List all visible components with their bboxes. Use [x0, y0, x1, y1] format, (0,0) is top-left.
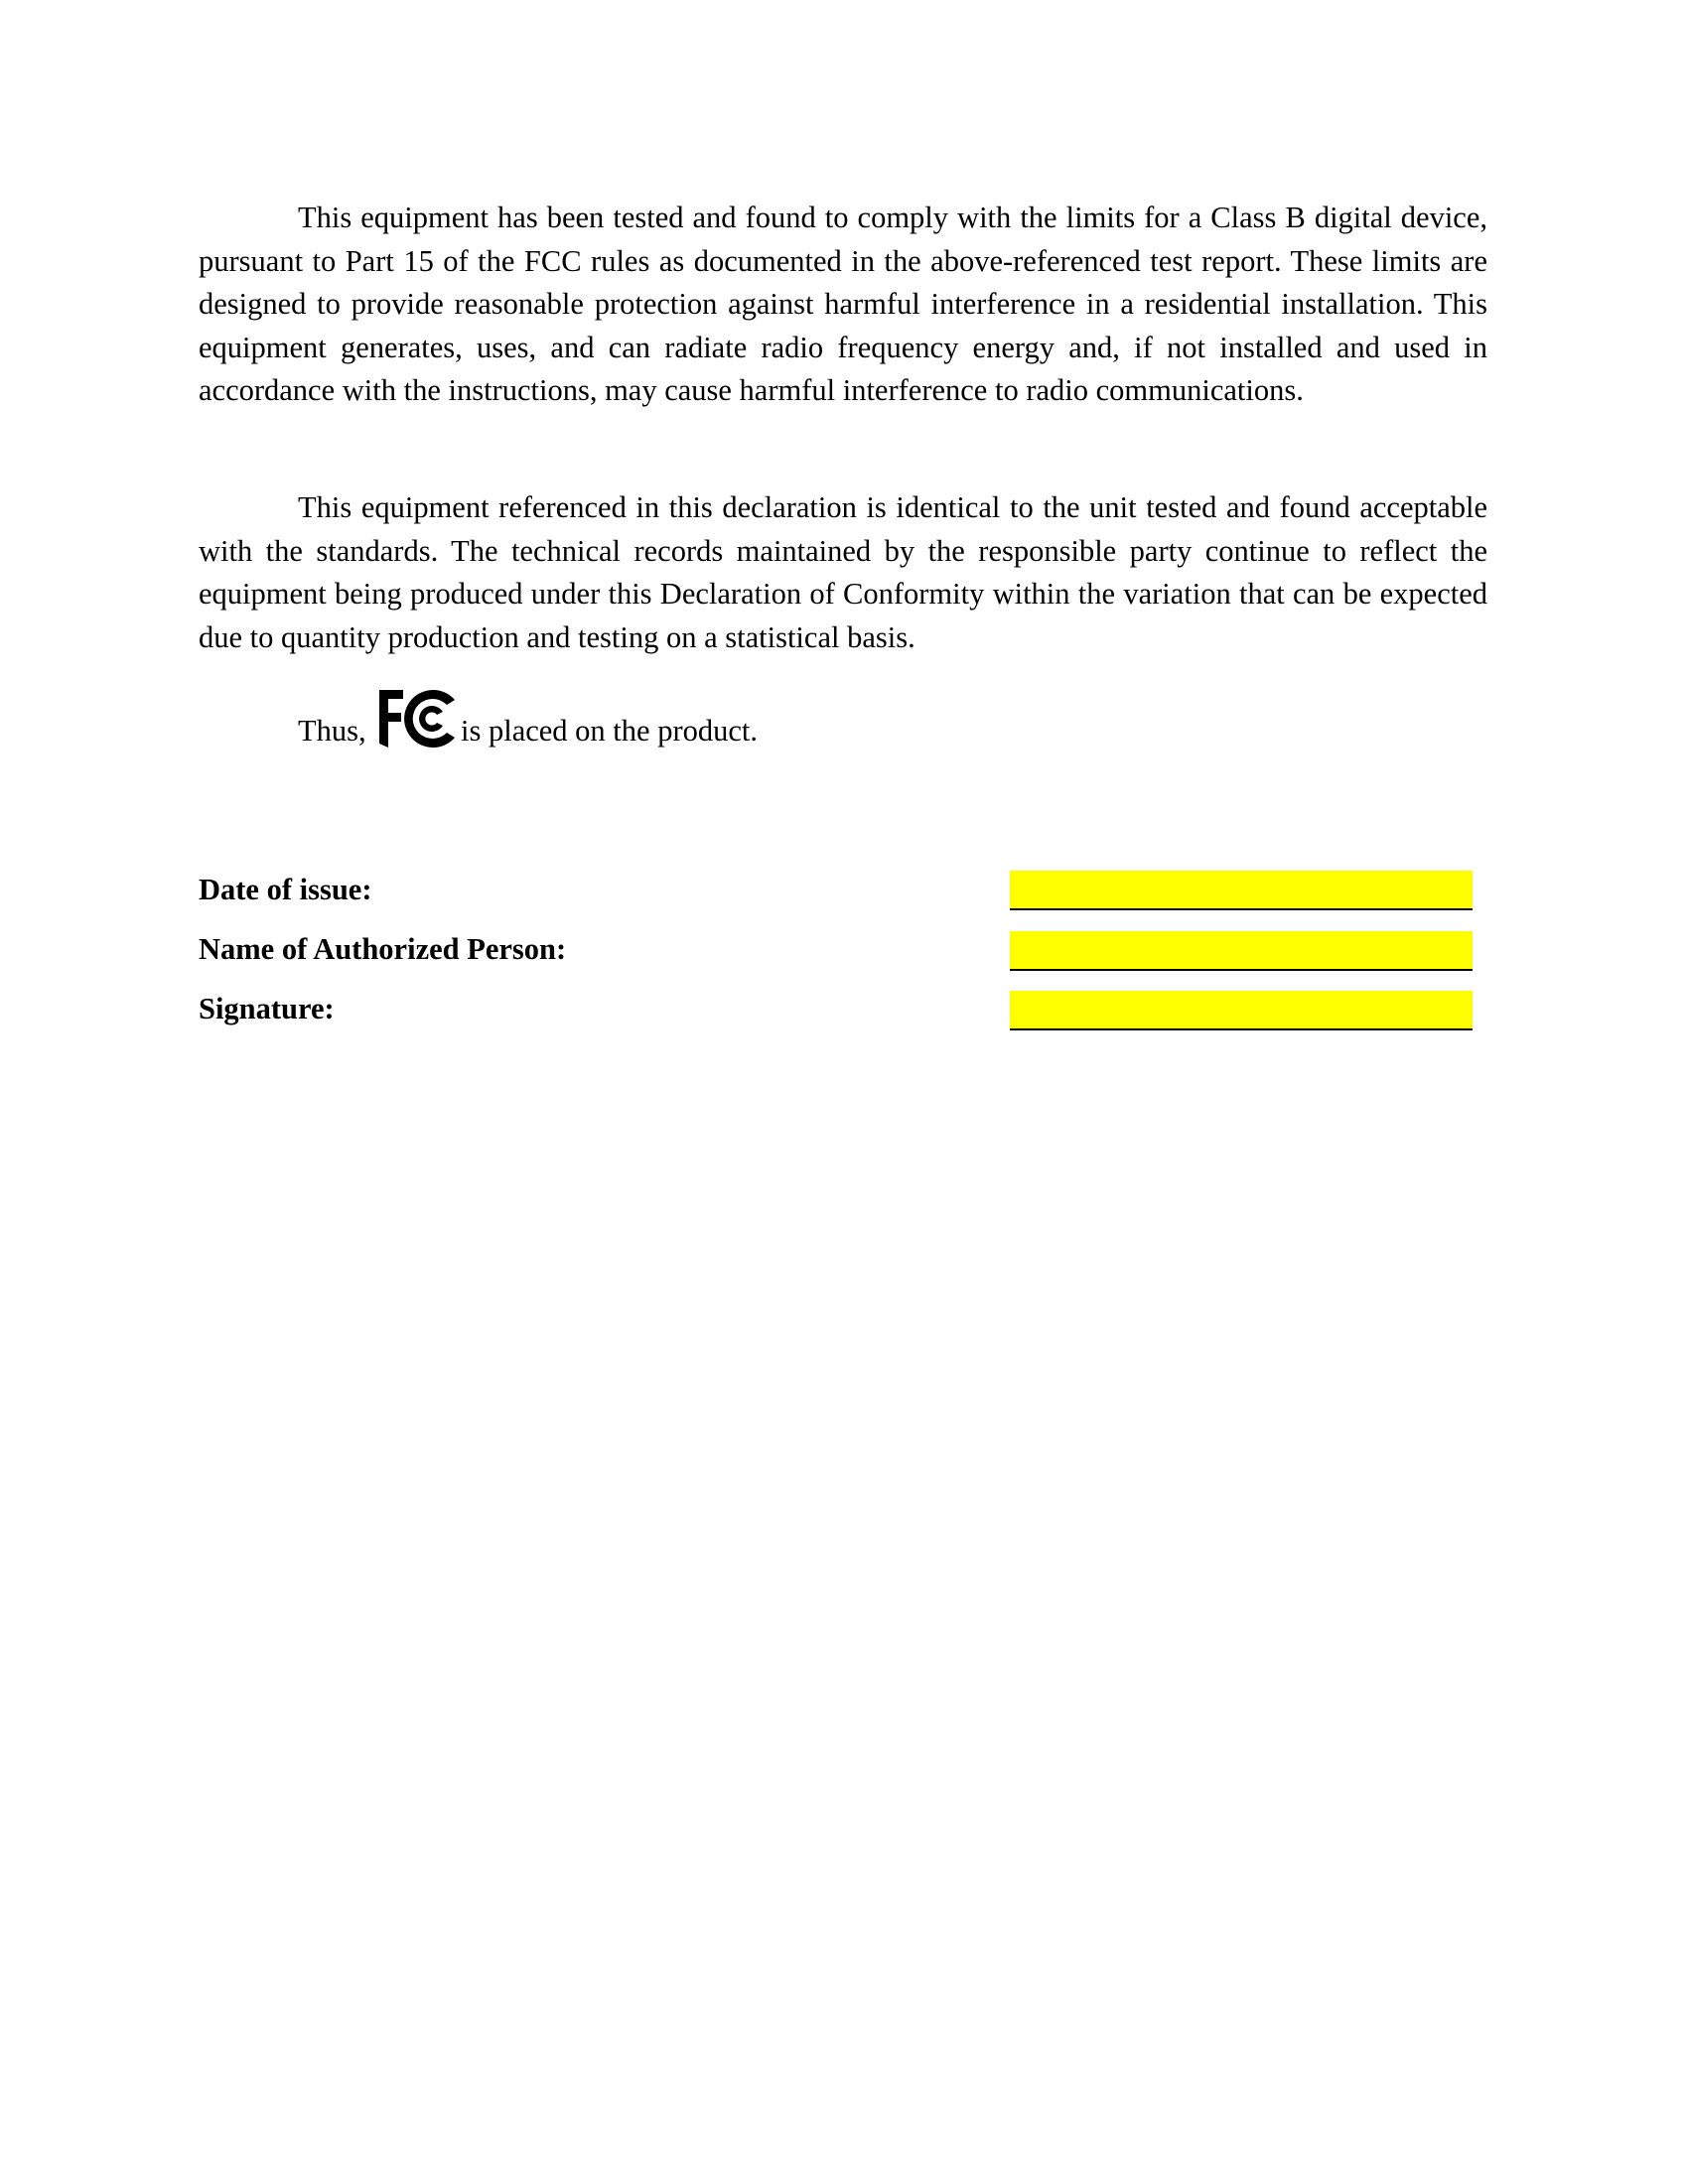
- mark-statement-prefix: Thus,: [298, 713, 366, 749]
- signature-field[interactable]: [1010, 991, 1473, 1030]
- mark-statement-suffix: is placed on the product.: [461, 713, 758, 749]
- authorized-person-label: Name of Authorized Person:: [199, 931, 566, 967]
- fcc-logo-icon: [379, 688, 459, 750]
- document-page: This equipment has been tested and found…: [0, 0, 1688, 2184]
- date-of-issue-field[interactable]: [1010, 871, 1473, 910]
- date-of-issue-label: Date of issue:: [199, 872, 372, 907]
- signature-label: Signature:: [199, 991, 335, 1026]
- declaration-paragraph: This equipment referenced in this declar…: [199, 486, 1487, 659]
- compliance-paragraph: This equipment has been tested and found…: [199, 197, 1487, 413]
- authorized-person-field[interactable]: [1010, 931, 1473, 971]
